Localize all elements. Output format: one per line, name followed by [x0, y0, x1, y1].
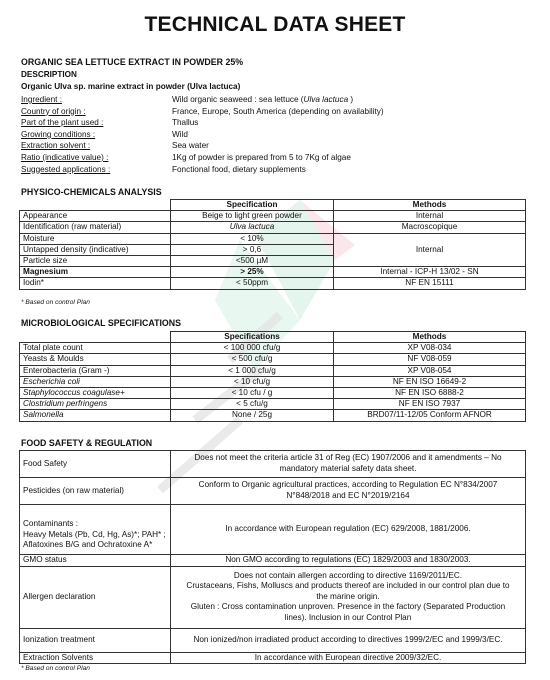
value-cell: Non GMO according to regulations (EC) 18… — [171, 555, 526, 567]
param-cell: Enterobacteria (Gram -) — [20, 365, 171, 376]
method-cell: NF EN ISO 6888-2 — [334, 388, 526, 399]
description-label: Growing conditions : — [21, 129, 95, 141]
spec-cell: None / 25g — [171, 410, 334, 421]
table-row: Staphylococcus coagulase+ < 10 cfu / g N… — [20, 388, 526, 399]
param-cell: Ionization treatment — [20, 628, 171, 652]
value-cell: In accordance with European regulation (… — [171, 505, 526, 555]
param-cell: Yeasts & Moulds — [20, 354, 171, 365]
table-row: Magnesium > 25% Internal - ICP-H 13/02 -… — [20, 267, 526, 278]
table-header-row: Specifications Methods — [20, 332, 526, 343]
regulation-table: Food Safety Does not meet the criteria a… — [19, 450, 526, 664]
table-row: Total plate count < 100 000 cfu/g XP V08… — [20, 343, 526, 354]
product-name: ORGANIC SEA LETTUCE EXTRACT IN POWDER 25… — [21, 57, 243, 67]
param-cell: Identification (raw material) — [20, 222, 171, 233]
table-row: Ionization treatment Non ionized/non irr… — [20, 628, 526, 652]
table-row: Food Safety Does not meet the criteria a… — [20, 451, 526, 478]
description-row-growing: Growing conditions : Wild — [21, 129, 521, 141]
header-specification: Specification — [171, 200, 334, 211]
description-label: Part of the plant used : — [21, 117, 103, 129]
param-cell: Extraction Solvents — [20, 652, 171, 664]
method-cell: Internal — [334, 233, 526, 267]
description-value: France, Europe, South America (depending… — [172, 106, 384, 118]
spec-cell: < 10 cfu/g — [171, 376, 334, 387]
description-list: Ingredient : Wild organic seaweed : sea … — [21, 94, 521, 175]
param-cell: Total plate count — [20, 343, 171, 354]
table-header-row: Specification Methods — [20, 200, 526, 211]
value-cell: Does not contain allergen according to d… — [171, 566, 526, 628]
micro-table: Specifications Methods Total plate count… — [19, 331, 526, 422]
header-methods: Methods — [334, 332, 526, 343]
table-row: Pesticides (on raw material) Conform to … — [20, 478, 526, 505]
param-cell: Particle size — [20, 256, 171, 267]
param-cell: Clostridium perfringens — [20, 399, 171, 410]
method-cell: XP V08-034 — [334, 343, 526, 354]
header-specifications: Specifications — [171, 332, 334, 343]
method-cell: Internal - ICP-H 13/02 - SN — [334, 267, 526, 278]
spec-cell: < 1 000 cfu/g — [171, 365, 334, 376]
table-row: Moisture < 10% Internal — [20, 233, 526, 244]
description-row-ingredient: Ingredient : Wild organic seaweed : sea … — [21, 94, 521, 106]
spec-cell: < 5 cfu/g — [171, 399, 334, 410]
value-cell: Conform to Organic agricultural practice… — [171, 478, 526, 505]
method-cell: BRD07/11-12/05 Conform AFNOR — [334, 410, 526, 421]
param-cell: Untapped density (indicative) — [20, 244, 171, 255]
method-cell: NF V08-059 — [334, 354, 526, 365]
param-cell: Pesticides (on raw material) — [20, 478, 171, 505]
header-empty-cell — [20, 332, 171, 343]
method-cell: NF EN 15111 — [334, 278, 526, 289]
param-cell: Escherichia coli — [20, 376, 171, 387]
description-value: Wild — [172, 129, 188, 141]
physico-footnote: * Based on control Plan — [21, 299, 90, 306]
description-value: Thallus — [172, 117, 198, 129]
spec-cell: Ulva lactuca — [171, 222, 334, 233]
table-row: Extraction Solvents In accordance with E… — [20, 652, 526, 664]
table-row: Allergen declaration Does not contain al… — [20, 566, 526, 628]
param-cell: Food Safety — [20, 451, 171, 478]
description-value: Wild organic seaweed : sea lettuce (Ulva… — [172, 94, 353, 106]
method-cell: NF EN ISO 16649-2 — [334, 376, 526, 387]
description-value: Sea water — [172, 140, 209, 152]
spec-cell: <500 µM — [171, 256, 334, 267]
technical-data-sheet-page: TECHNICAL DATA SHEET ORGANIC SEA LETTUCE… — [0, 0, 550, 680]
spec-cell: < 10% — [171, 233, 334, 244]
param-cell: Salmonella — [20, 410, 171, 421]
description-row-ratio: Ratio (indicative value) : 1Kg of powder… — [21, 152, 521, 164]
value-cell: Non ionized/non irradiated product accor… — [171, 628, 526, 652]
method-cell: XP V08-054 — [334, 365, 526, 376]
regulation-footnote: * Based on control Plan — [21, 665, 90, 672]
param-cell: Appearance — [20, 211, 171, 222]
spec-cell: Beige to light green powder — [171, 211, 334, 222]
param-cell: Staphylococcus coagulase+ — [20, 388, 171, 399]
description-subtitle: Organic Ulva sp. marine extract in powde… — [21, 82, 240, 91]
regulation-section-title: FOOD SAFETY & REGULATION — [21, 438, 152, 448]
table-row: Salmonella None / 25g BRD07/11-12/05 Con… — [20, 410, 526, 421]
spec-cell: < 50ppm — [171, 278, 334, 289]
spec-cell: < 500 cfu/g — [171, 354, 334, 365]
header-empty-cell — [20, 200, 171, 211]
table-row: Yeasts & Moulds < 500 cfu/g NF V08-059 — [20, 354, 526, 365]
method-cell: NF EN ISO 7937 — [334, 399, 526, 410]
description-value: 1Kg of powder is prepared from 5 to 7Kg … — [172, 152, 351, 164]
table-row: Iodin* < 50ppm NF EN 15111 — [20, 278, 526, 289]
physico-table: Specification Methods Appearance Beige t… — [19, 199, 526, 290]
param-cell: GMO status — [20, 555, 171, 567]
micro-section-title: MICROBIOLOGICAL SPECIFICATIONS — [21, 318, 181, 328]
physico-section-title: PHYSICO-CHEMICALS ANALYSIS — [21, 187, 162, 197]
description-label: Ratio (indicative value) : — [21, 152, 108, 164]
table-row: GMO status Non GMO according to regulati… — [20, 555, 526, 567]
table-row: Contaminants :Heavy Metals (Pb, Cd, Hg, … — [20, 505, 526, 555]
table-row: Enterobacteria (Gram -) < 1 000 cfu/g XP… — [20, 365, 526, 376]
description-row-country: Country of origin : France, Europe, Sout… — [21, 106, 521, 118]
param-cell: Iodin* — [20, 278, 171, 289]
table-row: Clostridium perfringens < 5 cfu/g NF EN … — [20, 399, 526, 410]
table-row: Appearance Beige to light green powder I… — [20, 211, 526, 222]
spec-cell: > 0,6 — [171, 244, 334, 255]
table-row: Escherichia coli < 10 cfu/g NF EN ISO 16… — [20, 376, 526, 387]
param-cell: Contaminants :Heavy Metals (Pb, Cd, Hg, … — [20, 505, 171, 555]
method-cell: Macroscopique — [334, 222, 526, 233]
value-cell: Does not meet the criteria article 31 of… — [171, 451, 526, 478]
spec-cell: < 10 cfu / g — [171, 388, 334, 399]
description-row-solvent: Extraction solvent : Sea water — [21, 140, 521, 152]
description-label: Suggested applications : — [21, 164, 110, 176]
description-label: Extraction solvent : — [21, 140, 90, 152]
description-row-applications: Suggested applications : Fonctional food… — [21, 164, 521, 176]
param-cell: Moisture — [20, 233, 171, 244]
spec-cell: > 25% — [171, 267, 334, 278]
value-cell: In accordance with European directive 20… — [171, 652, 526, 664]
header-methods: Methods — [334, 200, 526, 211]
description-heading: DESCRIPTION — [21, 70, 77, 79]
description-row-part: Part of the plant used : Thallus — [21, 117, 521, 129]
spec-cell: < 100 000 cfu/g — [171, 343, 334, 354]
description-label: Ingredient : — [21, 94, 62, 106]
page-title: TECHNICAL DATA SHEET — [0, 13, 550, 37]
param-cell: Magnesium — [20, 267, 171, 278]
param-cell: Allergen declaration — [20, 566, 171, 628]
table-row: Identification (raw material) Ulva lactu… — [20, 222, 526, 233]
description-value: Fonctional food, dietary supplements — [172, 164, 306, 176]
description-label: Country of origin : — [21, 106, 86, 118]
method-cell: Internal — [334, 211, 526, 222]
